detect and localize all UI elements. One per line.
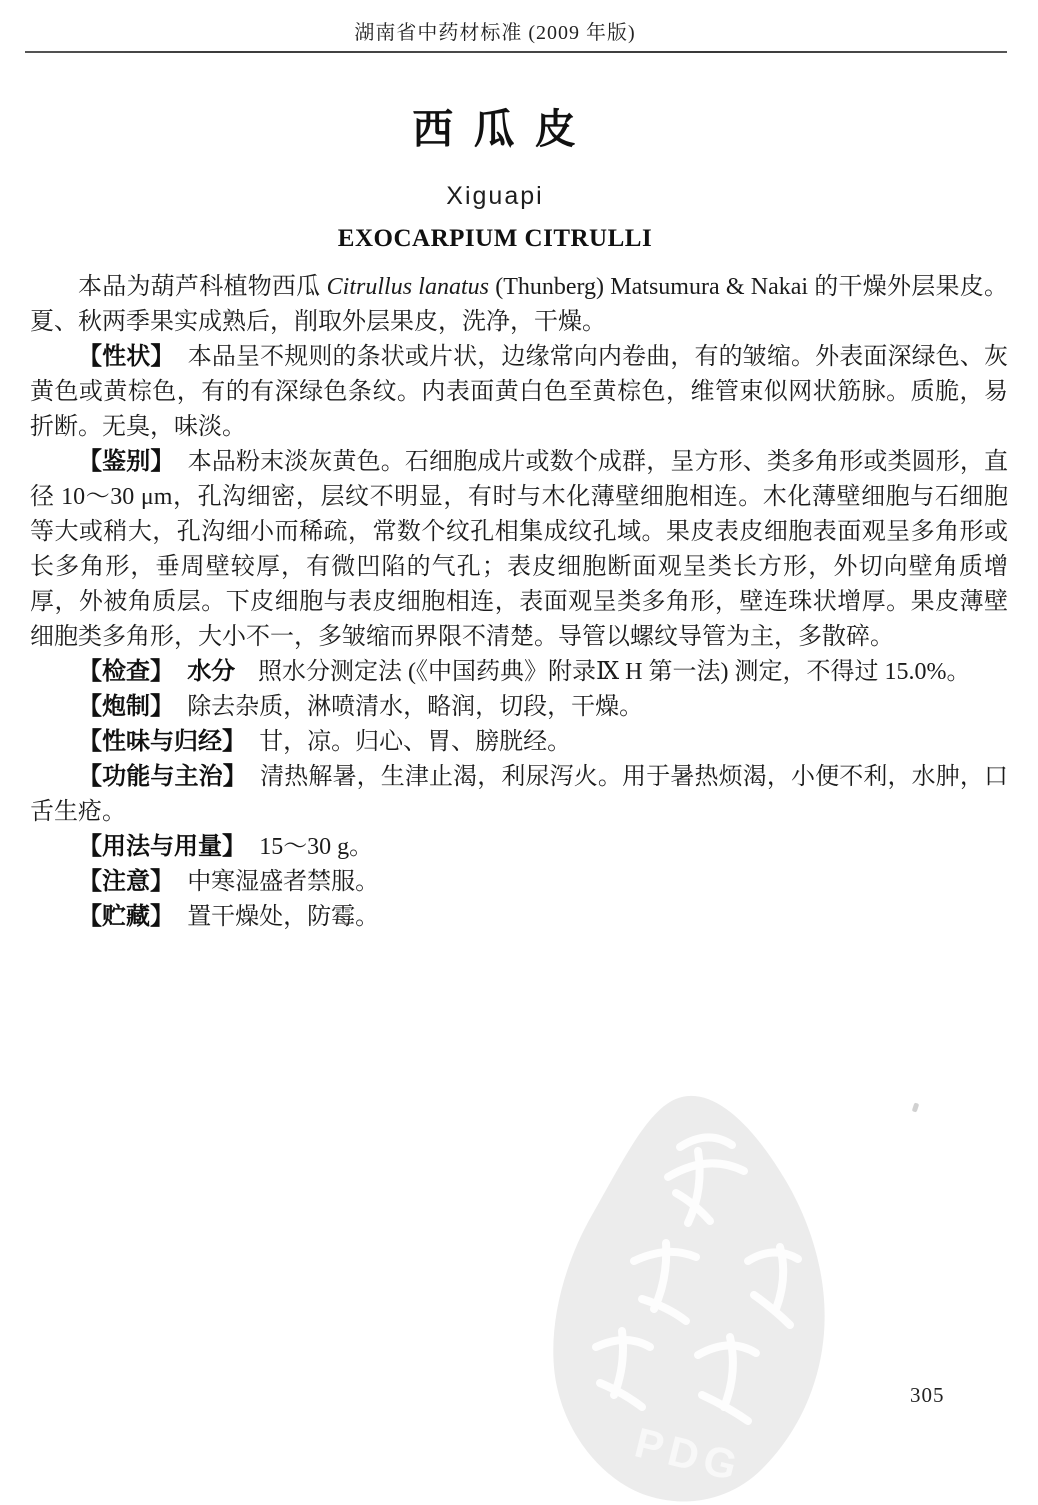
section-label: 【检查】 <box>78 659 174 685</box>
section-zhucang: 【贮藏】置干燥处，防霉。 <box>30 900 1008 935</box>
section-label: 【注意】 <box>78 869 174 895</box>
section-text: 甘，凉。归心、胃、膀胱经。 <box>259 729 571 755</box>
section-label: 【性状】 <box>78 344 175 370</box>
section-label: 【用法与用量】 <box>78 834 246 860</box>
section-xingzhuang: 【性状】本品呈不规则的条状或片状，边缘常向内卷曲，有的皱缩。外表面深绿色、灰黄色… <box>30 340 1008 445</box>
section-text: 15～30 g。 <box>259 834 373 860</box>
section-yongfa-yongliang: 【用法与用量】15～30 g。 <box>30 830 1008 865</box>
monograph-body: 本品为葫芦科植物西瓜 Citrullus lanatus (Thunberg) … <box>30 270 1008 935</box>
section-text: 本品粉末淡灰黄色。石细胞成片或数个成群，呈方形、类多角形或类圆形，直径 10～3… <box>30 449 1008 650</box>
section-label: 【炮制】 <box>78 694 174 720</box>
section-subheading: 水分 <box>187 659 235 685</box>
section-text: 照水分测定法 (《中国药典》附录Ⅸ H 第一法) 测定，不得过 15.0%。 <box>258 659 970 685</box>
latin-binomial: Citrullus lanatus <box>327 274 489 300</box>
page: 湖南省中药材标准 (2009 年版) 西 瓜 皮 Xiguapi EXOCARP… <box>0 0 1038 1505</box>
section-xingwei-guijing: 【性味与归经】甘，凉。归心、胃、膀胱经。 <box>30 725 1008 760</box>
page-number: 305 <box>910 1383 945 1408</box>
section-text: 置干燥处，防霉。 <box>187 904 379 930</box>
intro-text: 本品为葫芦科植物西瓜 <box>78 274 327 300</box>
page-title: 西 瓜 皮 <box>0 96 990 155</box>
section-gongneng-zhuzhi: 【功能与主治】清热解暑，生津止渴，利尿泻火。用于暑热烦渴，小便不利，水肿，口舌生… <box>30 760 1008 830</box>
section-jianbie: 【鉴别】本品粉末淡灰黄色。石细胞成片或数个成群，呈方形、类多角形或类圆形，直径 … <box>30 445 1008 655</box>
section-label: 【功能与主治】 <box>78 764 247 790</box>
section-label: 【贮藏】 <box>78 904 174 930</box>
title-latin-name: EXOCARPIUM CITRULLI <box>0 225 990 253</box>
section-jiancha: 【检查】水分照水分测定法 (《中国药典》附录Ⅸ H 第一法) 测定，不得过 15… <box>30 655 1008 690</box>
intro-paragraph: 本品为葫芦科植物西瓜 Citrullus lanatus (Thunberg) … <box>30 270 1008 340</box>
section-label: 【性味与归经】 <box>78 729 246 755</box>
header-rule <box>25 51 1007 53</box>
sections: 【性状】本品呈不规则的条状或片状，边缘常向内卷曲，有的皱缩。外表面深绿色、灰黄色… <box>30 340 1008 935</box>
pdg-watermark: PDG <box>530 1085 925 1505</box>
section-paozhi: 【炮制】除去杂质，淋喷清水，略润，切段，干燥。 <box>30 690 1008 725</box>
section-text: 中寒湿盛者禁服。 <box>187 869 379 895</box>
section-text: 本品呈不规则的条状或片状，边缘常向内卷曲，有的皱缩。外表面深绿色、灰黄色或黄棕色… <box>30 344 1008 440</box>
running-header: 湖南省中药材标准 (2009 年版) <box>0 16 990 45</box>
title-pinyin: Xiguapi <box>0 182 990 211</box>
section-text: 除去杂质，淋喷清水，略润，切段，干燥。 <box>187 694 643 720</box>
section-zhuyi: 【注意】中寒湿盛者禁服。 <box>30 865 1008 900</box>
section-label: 【鉴别】 <box>78 449 175 475</box>
